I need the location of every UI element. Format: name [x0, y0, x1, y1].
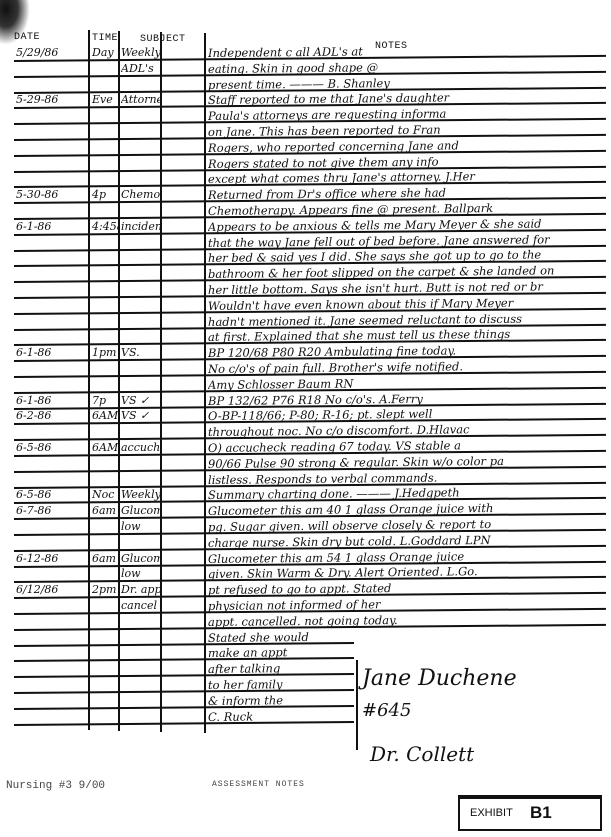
cell-note: Independent c all ADL's at: [208, 42, 606, 60]
cell-date: 6-2-86: [16, 409, 86, 423]
cell-note: on Jane. This has been reported to Fran: [208, 121, 606, 139]
cell-note: her little bottom. Says she isn't hurt. …: [208, 279, 606, 297]
cell-note: charge nurse. Skin dry but cold. L.Godda…: [208, 532, 606, 550]
cell-note: Stated she would: [208, 629, 356, 645]
cell-note: Amy Schlosser Baum RN: [208, 374, 606, 392]
cell-time: 6am: [92, 552, 118, 566]
header-subject: SUBJECT: [140, 34, 186, 45]
column-divider: [88, 30, 90, 730]
cell-note: Appears to be anxious & tells me Mary Me…: [208, 216, 606, 234]
cell-note: Rogers, who reported concerning Jane and: [208, 137, 606, 155]
cell-time: Noc: [92, 488, 118, 502]
exhibit-label: EXHIBIT: [470, 807, 513, 819]
cell-subject: Dr. appt: [121, 583, 161, 597]
cell-note: eating. Skin in good shape @: [208, 58, 606, 76]
header-time: TIME: [92, 33, 118, 44]
cell-date: 6-5-86: [16, 488, 86, 502]
cell-date: 6-5-86: [16, 441, 86, 455]
cell-date: 5/29/86: [16, 46, 86, 60]
cell-subject: VS.: [121, 346, 161, 360]
cell-subject: Weekly: [121, 488, 161, 502]
cell-time: 1pm: [92, 346, 118, 360]
cell-note: to her family: [208, 676, 356, 692]
cell-note: C. Ruck: [208, 708, 356, 724]
cell-note: make an appt: [208, 645, 356, 661]
cell-time: Eve: [92, 93, 118, 107]
patient-signature: Jane Duchene: [362, 666, 517, 691]
header-date: DATE: [14, 32, 40, 43]
cell-subject: Attorney: [121, 93, 161, 107]
form-number: Nursing #3 9/00: [6, 780, 105, 792]
cell-date: 6-12-86: [16, 552, 86, 566]
nursing-notes-page: DATE TIME SUBJECT NOTES 5/29/86DayWeekly…: [0, 0, 611, 837]
cell-note: Wouldn't have even known about this if M…: [208, 295, 606, 313]
cell-date: 6-1-86: [16, 346, 86, 360]
cell-time: 4:45a: [92, 220, 118, 234]
cell-subject: Glucometer: [121, 504, 161, 518]
cell-time: 6AM: [92, 409, 118, 423]
cell-subject: VS ✓: [121, 394, 161, 408]
cell-date: 5-30-86: [16, 188, 86, 202]
cell-time: 2pm: [92, 583, 118, 597]
patient-number: #645: [362, 700, 411, 721]
cell-note: after talking: [208, 661, 356, 677]
cell-time: 4p: [92, 188, 118, 202]
cell-subject: Chemo.: [121, 188, 161, 202]
form-center-label: ASSESSMENT NOTES: [212, 780, 305, 789]
cell-subject: incident: [121, 220, 161, 234]
cell-time: 6AM: [92, 441, 118, 455]
cell-time: Day: [92, 46, 118, 60]
cell-time: 7p: [92, 394, 118, 408]
cell-subject: ADL's: [121, 62, 161, 76]
cell-note: appt. cancelled. not going today.: [208, 611, 606, 629]
cell-note: No c/o's of pain full. Brother's wife no…: [208, 358, 606, 376]
cell-subject: accucheck: [121, 441, 161, 455]
doctor-name: Dr. Collett: [370, 742, 474, 766]
cell-note: Chemotherapy. Appears fine @ present. Ba…: [208, 200, 606, 218]
cell-date: 5-29-86: [16, 93, 86, 107]
cell-subject: Glucometer: [121, 552, 161, 566]
cell-subject: low: [121, 520, 161, 534]
cell-note: pg. Sugar given. will observe closely & …: [208, 516, 606, 534]
exhibit-stamp: EXHIBIT B1: [458, 795, 602, 831]
column-divider: [118, 31, 120, 731]
cell-subject: low: [121, 567, 161, 581]
cell-note: & inform the: [208, 692, 356, 708]
cell-subject: VS ✓: [121, 409, 161, 423]
cell-subject: Weekly: [121, 46, 161, 60]
signature-divider: [356, 660, 358, 750]
cell-date: 6-7-86: [16, 504, 86, 518]
cell-note: physician not informed of her: [208, 595, 606, 613]
cell-note: 90/66 Pulse 90 strong & regular. Skin w/…: [208, 453, 606, 471]
cell-date: 6-1-86: [16, 220, 86, 234]
cell-time: 6am: [92, 504, 118, 518]
cell-subject: cancel: [121, 599, 161, 613]
exhibit-code: B1: [530, 803, 552, 823]
cell-date: 6/12/86: [16, 583, 86, 597]
cell-date: 6-1-86: [16, 394, 86, 408]
cell-note: O) accucheck reading 67 today. VS stable…: [208, 437, 606, 455]
